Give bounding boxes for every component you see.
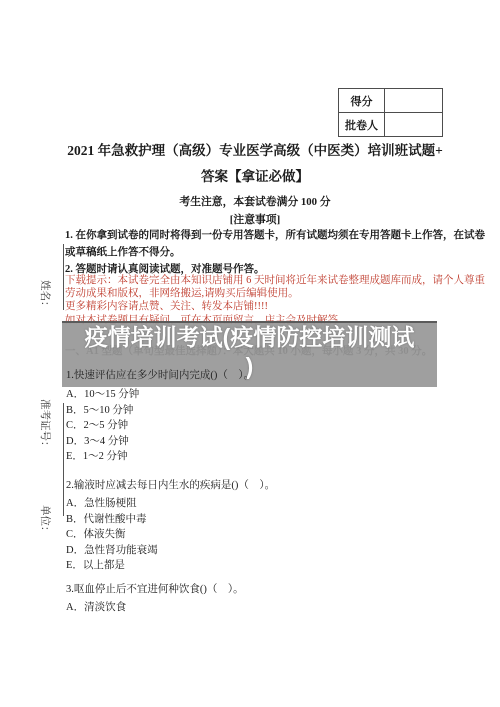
candidate-notice: 考生注意，本套试卷满分 100 分 — [40, 194, 470, 209]
score-label: 得分 — [339, 89, 385, 113]
score-table: 得分 批卷人 — [338, 88, 443, 137]
option: A．急性肠梗阻 — [66, 496, 275, 512]
margin-field-exam-id-label: 准考证号： — [38, 399, 53, 452]
seller-note-line: 劳动成果和版权，非网络搬运,请购买后编辑使用。 — [65, 287, 490, 300]
watermark-text-line1: 疫情培训考试(疫情防控培训测试 — [62, 323, 437, 352]
question-1-options: A．10～15 分钟 B．5～10 分钟 C．2～5 分钟 D．3～4 分钟 E… — [66, 387, 139, 465]
question-3-options: A．清淡饮食 — [66, 600, 244, 616]
option: E．1～2 分钟 — [66, 449, 139, 465]
option: C．体液失衡 — [66, 527, 275, 543]
margin-field-unit-label: 单位： — [38, 505, 53, 537]
option: A．10～15 分钟 — [66, 387, 139, 403]
exam-paper-page: 得分 批卷人 2021 年急救护理（高级）专业医学高级（中医类）培训班试题+ 答… — [0, 0, 500, 707]
seller-notes-block: 下载提示：本试卷完全由本知识店铺用 6 天时间将近年来试卷整理成题库而成，请个人… — [65, 274, 490, 327]
instruction-line: 1. 在你拿到试卷的同时将得到一份专用答题卡，所有试题均须在专用答题卡上作答，在… — [65, 227, 490, 244]
question-3-stem: 3.呕血停止后不宜进何种饮食()（ ）。 — [66, 581, 244, 596]
seller-note-line: 下载提示：本试卷完全由本知识店铺用 6 天时间将近年来试卷整理成题库而成，请个人… — [65, 274, 490, 287]
option: D．急性肾功能衰竭 — [66, 543, 275, 559]
option: A．清淡饮食 — [66, 600, 244, 616]
margin-field-name-label: 姓名： — [38, 280, 53, 312]
instruction-line: 或草稿纸上作答不得分。 — [65, 244, 490, 261]
score-value-cell — [385, 89, 443, 113]
option: C．2～5 分钟 — [66, 418, 139, 434]
grader-value-cell — [385, 113, 443, 137]
table-row: 得分 — [339, 89, 443, 113]
question-2-stem: 2.输液时应减去每日内生水的疾病是()（ ）。 — [66, 477, 275, 492]
table-row: 批卷人 — [339, 113, 443, 137]
option: E．以上都是 — [66, 558, 275, 574]
seller-note-line: 更多精彩内容请点赞、关注、转发本店铺!!!! — [65, 300, 490, 313]
question-1-stem: 1.快速评估应在多少时间内完成()（ ）。 — [66, 367, 254, 382]
notes-section-label: [注意事项] — [40, 212, 470, 227]
option: B．5～10 分钟 — [66, 403, 139, 419]
page-title-line2: 答案【拿证必做】 — [40, 165, 470, 185]
instructions-block: 1. 在你拿到试卷的同时将得到一份专用答题卡，所有试题均须在专用答题卡上作答，在… — [65, 227, 490, 278]
question-2-options: A．急性肠梗阻 B．代谢性酸中毒 C．体液失衡 D．急性肾功能衰竭 E．以上都是 — [66, 496, 275, 574]
option: B．代谢性酸中毒 — [66, 512, 275, 528]
binding-fill-line — [63, 244, 64, 310]
grader-label: 批卷人 — [339, 113, 385, 137]
question-3: 3.呕血停止后不宜进何种饮食()（ ）。 A．清淡饮食 — [66, 581, 244, 616]
option: D．3～4 分钟 — [66, 434, 139, 450]
binding-fill-line — [63, 403, 64, 516]
question-2: 2.输液时应减去每日内生水的疾病是()（ ）。 A．急性肠梗阻 B．代谢性酸中毒… — [66, 477, 275, 574]
page-title-line1: 2021 年急救护理（高级）专业医学高级（中医类）培训班试题+ — [40, 139, 470, 159]
